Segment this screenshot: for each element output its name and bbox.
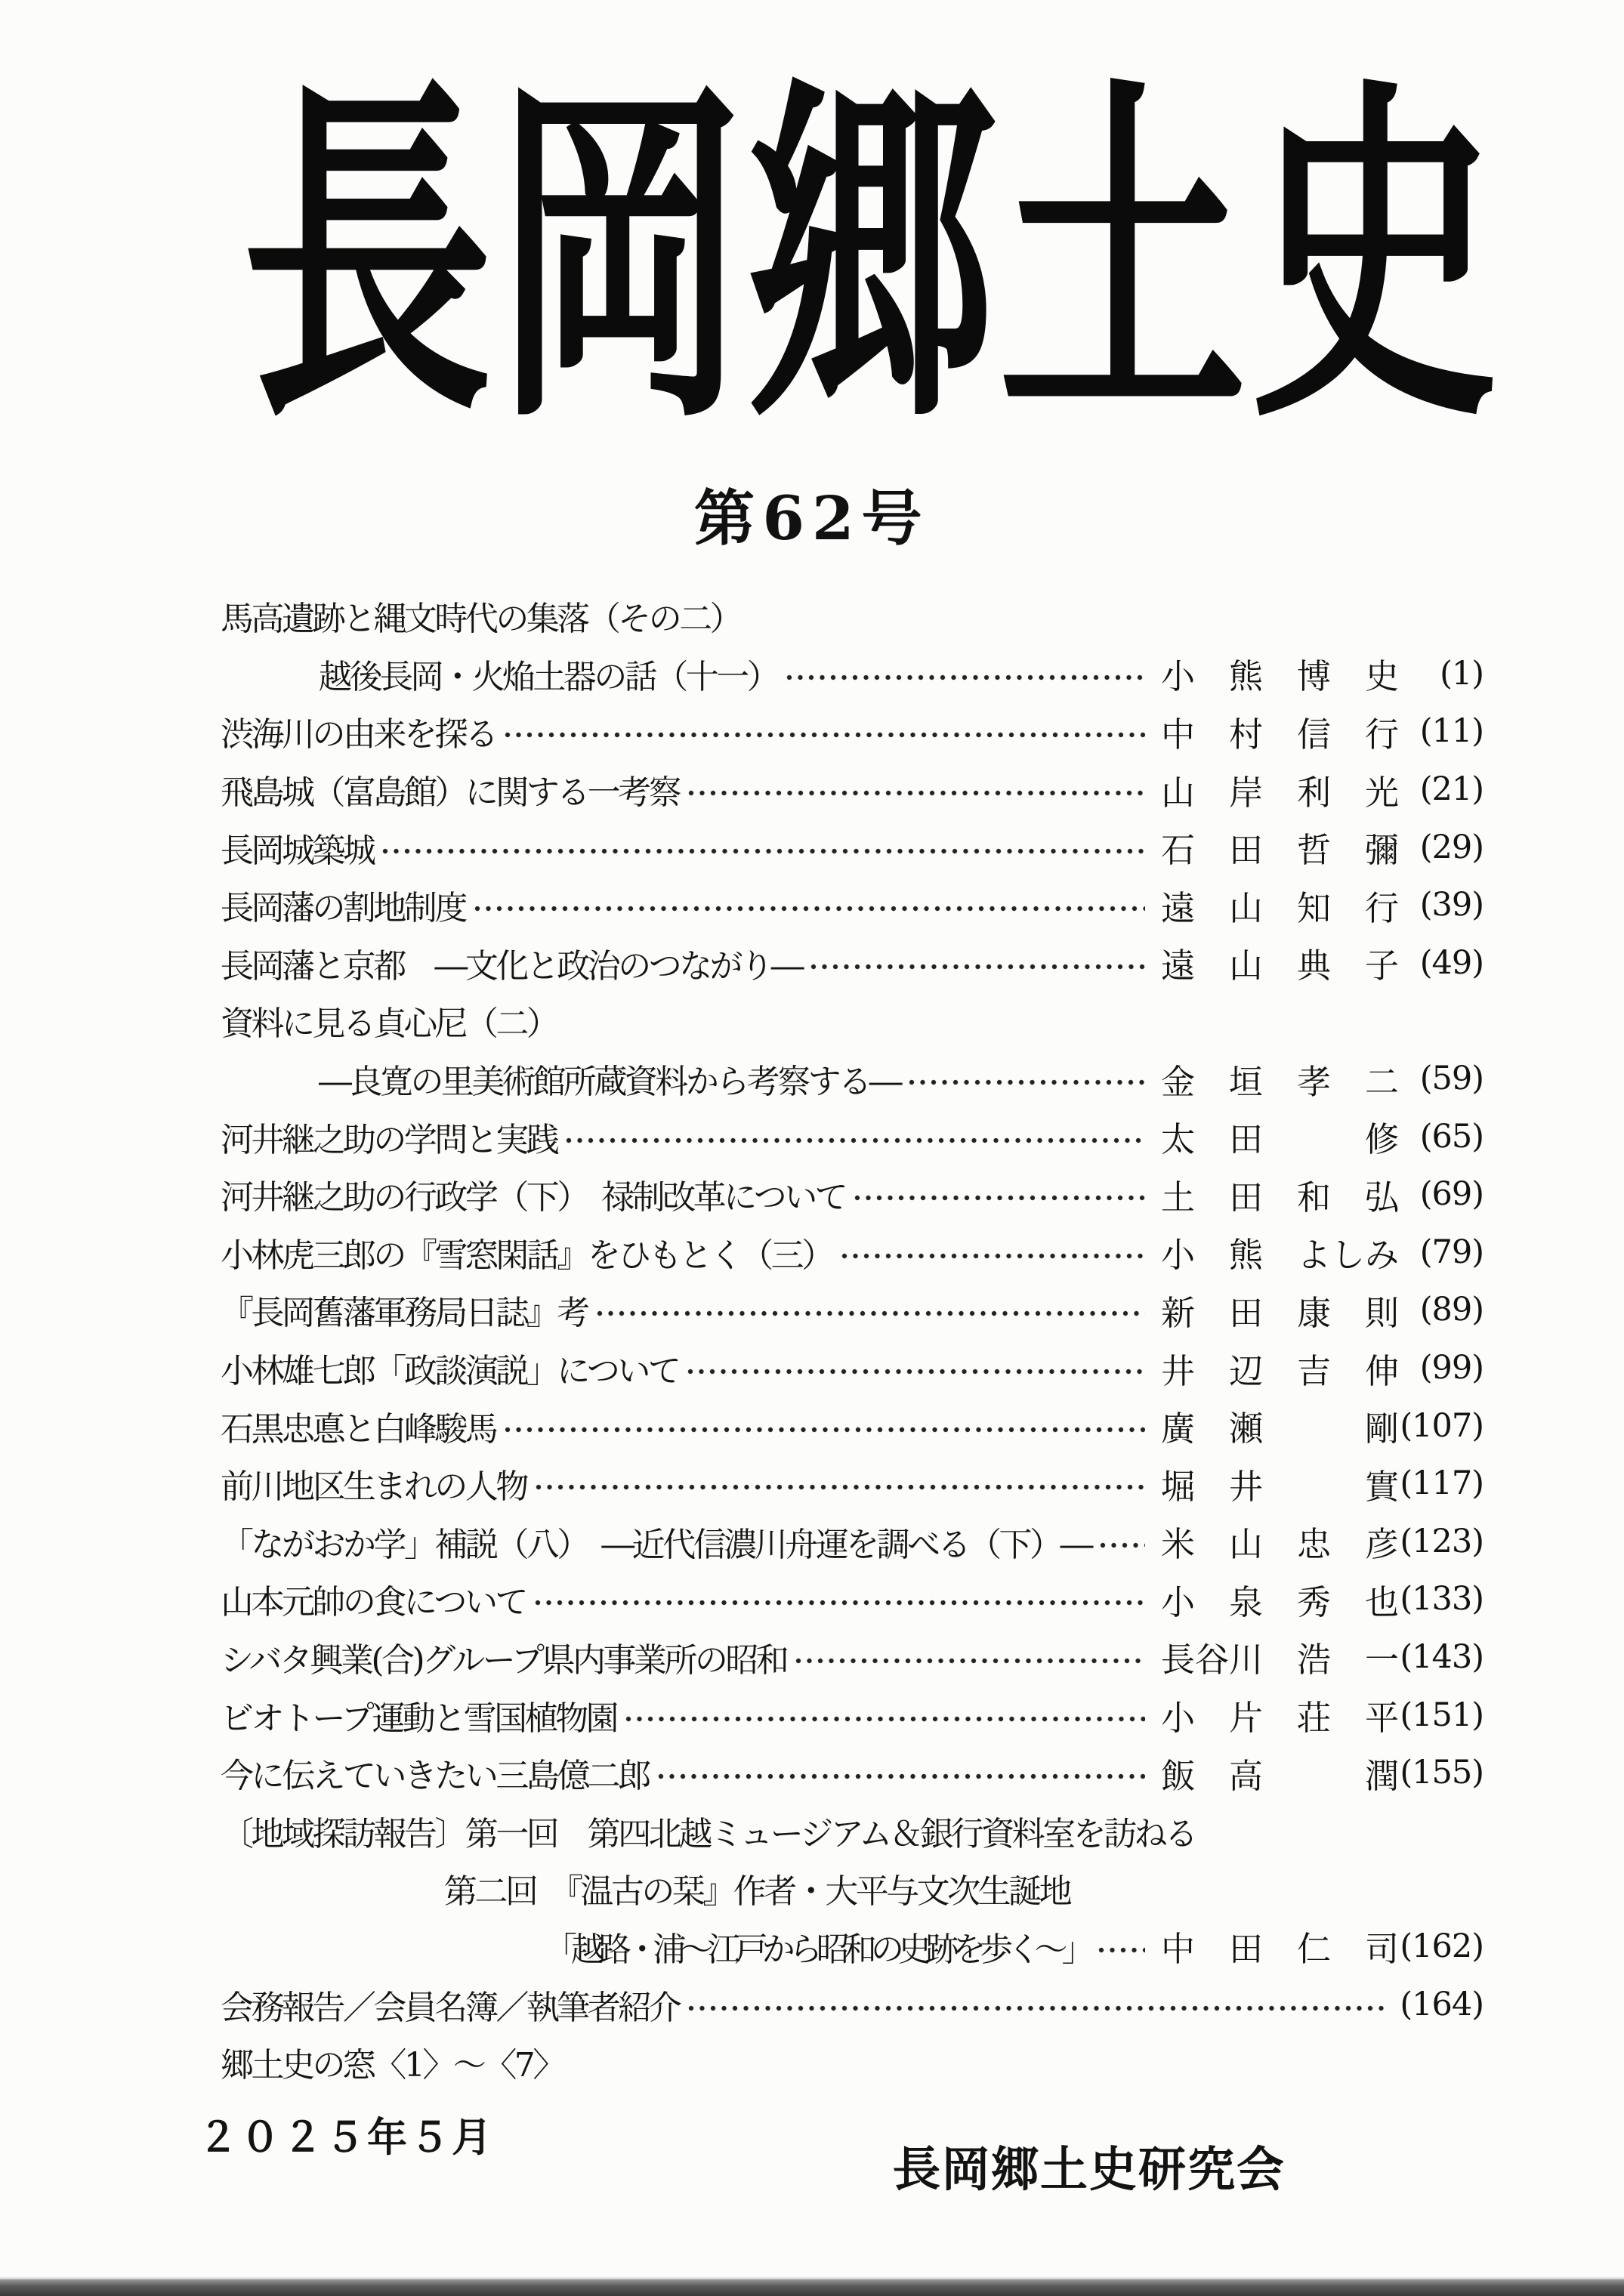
toc-entry: 河井継之助の行政学（下） 禄制改革について 土 田 和 弘 (69)	[221, 1165, 1484, 1224]
toc-entry-title: シバタ興業(合)グループ県内事業所の昭和	[221, 1633, 786, 1681]
toc-entry: 第二回 『温古の栞』作者・大平与文次生誕地	[221, 1859, 1484, 1918]
journal-title: 長岡郷土史	[244, 65, 1381, 449]
toc-entry: 石黒忠悳と白峰駿馬 廣 瀬 剛 (107)	[221, 1396, 1484, 1455]
toc-entry-title: 渋海川の由来を探る	[221, 707, 496, 755]
toc-entry-title: ―良寛の里美術館所蔵資料から考察する―	[319, 1054, 900, 1103]
toc-entry-author: 中 村 信 行	[1156, 707, 1399, 756]
toc-entry: 郷土史の窓〈1〉〜〈7〉	[221, 2033, 1484, 2091]
toc-entry-title: 石黒忠悳と白峰駿馬	[221, 1402, 496, 1450]
toc-entry-title: 今に伝えていきたい三島億二郎	[221, 1748, 649, 1797]
toc-entry-page: (164)	[1399, 1986, 1484, 2023]
dotted-leader	[688, 2005, 1388, 2011]
publisher-name: 長岡郷土史研究会	[893, 2131, 1286, 2200]
toc-entry: 小林虎三郎の『雪窓閑話』をひもとく（三） 小 熊 よしみ (79)	[221, 1224, 1484, 1282]
toc-entry: 長岡藩と京都 ―文化と政治のつながり― 遠 山 典 子 (49)	[221, 934, 1484, 992]
dotted-leader	[810, 964, 1145, 970]
toc-entry-author: 小 熊 よしみ	[1156, 1227, 1399, 1276]
toc-entry-title: 第二回 『温古の栞』作者・大平与文次生誕地	[444, 1864, 1070, 1912]
toc-entry-title: 『長岡舊藩軍務局日誌』考	[221, 1285, 588, 1334]
toc-entry-title: 山本元帥の食について	[221, 1575, 526, 1623]
toc-entry-page: (39)	[1399, 886, 1484, 924]
toc-entry: 小林雄七郎「政談演説」について 井 辺 吉 伸 (99)	[221, 1339, 1484, 1397]
toc-entry-author: 遠 山 典 子	[1156, 938, 1399, 987]
toc-entry-author: 長谷川 浩 一	[1156, 1632, 1399, 1681]
toc-entry-page: (11)	[1399, 712, 1484, 750]
dotted-leader	[854, 1195, 1145, 1201]
toc-entry-author: 太 田 修	[1156, 1112, 1399, 1161]
toc-entry-page: (151)	[1399, 1696, 1484, 1734]
toc-entry-title: 小林雄七郎「政談演説」について	[221, 1344, 678, 1392]
toc-entry-title: 長岡城築城	[221, 823, 373, 872]
toc-entry-title: 小林虎三郎の『雪窓閑話』をひもとく（三）	[221, 1228, 832, 1276]
toc-entry: 〔地域探訪報告〕第一回 第四北越ミュージアム＆銀行資料室を訪ねる	[221, 1801, 1484, 1859]
dotted-leader	[566, 1137, 1145, 1143]
toc-entry-author: 中 田 仁 司	[1156, 1921, 1399, 1970]
toc-entry-author: 新 田 康 則	[1156, 1285, 1399, 1335]
toc-entry-page: (107)	[1399, 1407, 1484, 1445]
toc-entry-author: 石 田 哲 彌	[1156, 822, 1399, 872]
toc-entry-author: 井 辺 吉 伸	[1156, 1344, 1399, 1393]
dotted-leader	[382, 848, 1145, 854]
toc-entry: 前川地区生まれの人物 堀 井 實 (117)	[221, 1455, 1484, 1513]
issue-number: 第62号	[0, 470, 1624, 557]
toc-entry-title: 飛島城（富島館）に関する一考察	[221, 765, 679, 813]
toc-entry-title: 長岡藩と京都 ―文化と政治のつながり―	[221, 939, 801, 987]
dotted-leader	[536, 1484, 1145, 1490]
toc-entry-author: 飯 高 潤	[1156, 1748, 1399, 1798]
toc-entry: 長岡藩の割地制度 遠 山 知 行 (39)	[221, 876, 1484, 934]
dotted-leader	[1100, 1542, 1145, 1548]
dotted-leader	[474, 906, 1145, 912]
toc-entry-page: (133)	[1399, 1580, 1484, 1618]
toc-entry-author: 堀 井 實	[1156, 1459, 1399, 1508]
toc-entry-title: 越後長岡・火焔土器の話（十一）	[319, 650, 777, 698]
dotted-leader	[1098, 1947, 1145, 1953]
toc-entry-author: 廣 瀬 剛	[1156, 1401, 1399, 1450]
toc-entry: 越後長岡・火焔土器の話（十一） 小 熊 博 史 (1)	[221, 645, 1484, 703]
dotted-leader	[688, 790, 1145, 796]
toc-entry-page: (155)	[1399, 1754, 1484, 1791]
toc-entry: 今に伝えていきたい三島億二郎 飯 高 潤 (155)	[221, 1744, 1484, 1802]
dotted-leader	[505, 1427, 1145, 1433]
toc-entry: 「越路・浦〜江戸から昭和の史跡を歩く〜」 中 田 仁 司 (162)	[221, 1918, 1484, 1976]
toc-entry-author: 米 山 忠 彦	[1156, 1517, 1399, 1566]
toc-entry-page: (123)	[1399, 1523, 1484, 1560]
dotted-leader	[625, 1716, 1145, 1722]
toc-entry-title: 〔地域探訪報告〕第一回 第四北越ミュージアム＆銀行資料室を訪ねる	[221, 1807, 1196, 1855]
toc-entry-author: 遠 山 知 行	[1156, 881, 1399, 930]
toc-entry-page: (65)	[1399, 1118, 1484, 1156]
toc-entry-author: 山 岸 利 光	[1156, 765, 1399, 814]
table-of-contents: 馬高遺跡と縄文時代の集落（その二） 越後長岡・火焔土器の話（十一） 小 熊 博 …	[221, 587, 1484, 2091]
toc-entry-title: 「ながおか学」補説（八） ―近代信濃川舟運を調べる（下）―	[221, 1517, 1091, 1566]
dotted-leader	[687, 1369, 1145, 1375]
toc-entry-page: (162)	[1399, 1927, 1484, 1965]
dotted-leader	[786, 674, 1145, 680]
toc-entry: ―良寛の里美術館所蔵資料から考察する― 金 垣 孝 二 (59)	[221, 1050, 1484, 1108]
toc-entry: 渋海川の由来を探る 中 村 信 行 (11)	[221, 702, 1484, 761]
toc-entry-page: (59)	[1399, 1060, 1484, 1097]
toc-entry-title: 資料に見る貞心尼（二）	[221, 996, 557, 1045]
toc-entry-author: 小 熊 博 史	[1156, 649, 1399, 698]
toc-entry-title: ビオトープ運動と雪国植物園	[221, 1691, 616, 1739]
toc-entry-author: 小 片 荘 平	[1156, 1690, 1399, 1739]
toc-entry-author: 土 田 和 弘	[1156, 1170, 1399, 1219]
toc-entry-title: 郷土史の窓〈1〉〜〈7〉	[221, 2038, 563, 2086]
toc-entry-title: 「越路・浦〜江戸から昭和の史跡を歩く〜」	[544, 1922, 1089, 1970]
dotted-leader	[505, 732, 1145, 738]
dotted-leader	[535, 1600, 1145, 1606]
toc-entry-page: (99)	[1399, 1349, 1484, 1387]
toc-entry-title: 長岡藩の割地制度	[221, 881, 465, 929]
scan-edge-artifact	[0, 2279, 1624, 2296]
toc-entry: 山本元帥の食について 小 泉 秀 也 (133)	[221, 1570, 1484, 1628]
journal-cover-page: 長岡郷土史 第62号 馬高遺跡と縄文時代の集落（その二） 越後長岡・火焔土器の話…	[0, 0, 1624, 2296]
publication-date: ２０２５年５月	[198, 2106, 494, 2163]
toc-entry: 馬高遺跡と縄文時代の集落（その二）	[221, 587, 1484, 645]
toc-entry: 会務報告／会員名簿／執筆者紹介 (164)	[221, 1975, 1484, 2033]
dotted-leader	[597, 1310, 1145, 1316]
toc-entry-page: (1)	[1399, 655, 1484, 693]
toc-entry-title: 河井継之助の学問と実践	[221, 1113, 557, 1161]
toc-entry-title: 会務報告／会員名簿／執筆者紹介	[221, 1980, 679, 2029]
toc-entry: シバタ興業(合)グループ県内事業所の昭和 長谷川 浩 一 (143)	[221, 1628, 1484, 1687]
toc-entry-title: 河井継之助の行政学（下） 禄制改革について	[221, 1170, 845, 1218]
toc-entry: 『長岡舊藩軍務局日誌』考 新 田 康 則 (89)	[221, 1281, 1484, 1339]
dotted-leader	[795, 1658, 1145, 1664]
toc-entry: 「ながおか学」補説（八） ―近代信濃川舟運を調べる（下）― 米 山 忠 彦 (1…	[221, 1513, 1484, 1571]
toc-entry: 飛島城（富島館）に関する一考察 山 岸 利 光 (21)	[221, 761, 1484, 819]
toc-entry-page: (21)	[1399, 770, 1484, 808]
toc-entry-author: 金 垣 孝 二	[1156, 1054, 1399, 1103]
dotted-leader	[909, 1079, 1145, 1085]
toc-entry-page: (49)	[1399, 944, 1484, 982]
toc-entry-page: (69)	[1399, 1175, 1484, 1213]
toc-entry: 資料に見る貞心尼（二）	[221, 992, 1484, 1050]
toc-entry-page: (89)	[1399, 1291, 1484, 1329]
toc-entry-page: (79)	[1399, 1233, 1484, 1271]
toc-entry-author: 小 泉 秀 也	[1156, 1575, 1399, 1624]
toc-entry: ビオトープ運動と雪国植物園 小 片 荘 平 (151)	[221, 1686, 1484, 1744]
toc-entry-page: (143)	[1399, 1638, 1484, 1676]
toc-entry-title: 馬高遺跡と縄文時代の集落（その二）	[221, 591, 740, 640]
dotted-leader	[658, 1773, 1145, 1779]
toc-entry-page: (117)	[1399, 1464, 1484, 1502]
toc-entry-title: 前川地区生まれの人物	[221, 1459, 526, 1508]
toc-entry-page: (29)	[1399, 829, 1484, 866]
toc-entry: 河井継之助の学問と実践 太 田 修 (65)	[221, 1107, 1484, 1165]
dotted-leader	[841, 1253, 1145, 1259]
toc-entry: 長岡城築城 石 田 哲 彌 (29)	[221, 818, 1484, 876]
